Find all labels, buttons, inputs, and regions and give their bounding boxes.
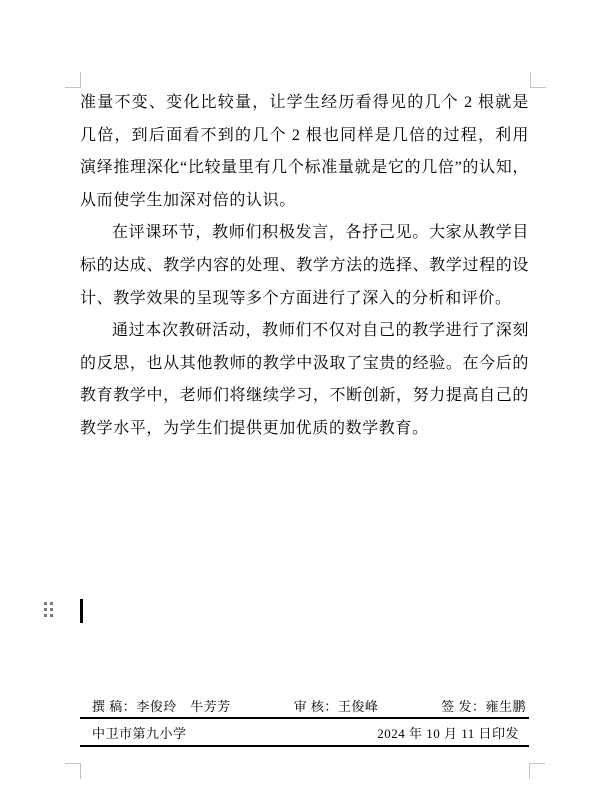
paragraph-drag-handle-icon[interactable]	[44, 602, 53, 617]
drafter-names: 李俊玲 牛芳芳	[136, 699, 231, 714]
margin-crop-mark-top-right	[530, 72, 546, 88]
drafter-label: 撰 稿：	[92, 699, 136, 714]
school-name: 中卫市第九小学	[92, 723, 187, 742]
text-cursor	[80, 599, 83, 623]
document-body[interactable]: 准量不变、变化比较量，让学生经历看得见的几个 2 根就是几倍，到后面看不到的几个…	[80, 87, 529, 446]
issuer-label: 签 发：	[441, 699, 485, 714]
drafter: 撰 稿：李俊玲 牛芳芳	[92, 696, 231, 715]
paragraph[interactable]: 通过本次教研活动，教师们不仅对自己的教学进行了深刻的反思，也从其他教师的教学中汲…	[80, 315, 529, 445]
paragraph[interactable]: 准量不变、变化比较量，让学生经历看得见的几个 2 根就是几倍，到后面看不到的几个…	[80, 87, 529, 217]
footer-divider-bottom	[80, 745, 529, 747]
reviewer-label: 审 核：	[294, 699, 338, 714]
issue-date: 2024 年 10 月 11 日印发	[377, 723, 519, 742]
document-page: 准量不变、变化比较量，让学生经历看得见的几个 2 根就是几倍，到后面看不到的几个…	[0, 0, 603, 809]
issuer: 签 发：雍生鹏	[441, 696, 526, 715]
document-colophon: 撰 稿：李俊玲 牛芳芳 审 核：王俊峰 签 发：雍生鹏 中卫市第九小学 2024…	[80, 693, 529, 747]
reviewer-name: 王俊峰	[338, 699, 379, 714]
paragraph[interactable]: 在评课环节，教师们积极发言，各抒己见。大家从教学目标的达成、教学内容的处理、教学…	[80, 217, 529, 315]
margin-crop-mark-top-left	[65, 72, 81, 88]
issuer-name: 雍生鹏	[485, 699, 526, 714]
signatories-row: 撰 稿：李俊玲 牛芳芳 审 核：王俊峰 签 发：雍生鹏	[80, 693, 529, 717]
reviewer: 审 核：王俊峰	[294, 696, 379, 715]
margin-crop-mark-bottom-right	[529, 763, 545, 779]
issue-row: 中卫市第九小学 2024 年 10 月 11 日印发	[80, 719, 529, 745]
margin-crop-mark-bottom-left	[65, 763, 81, 779]
